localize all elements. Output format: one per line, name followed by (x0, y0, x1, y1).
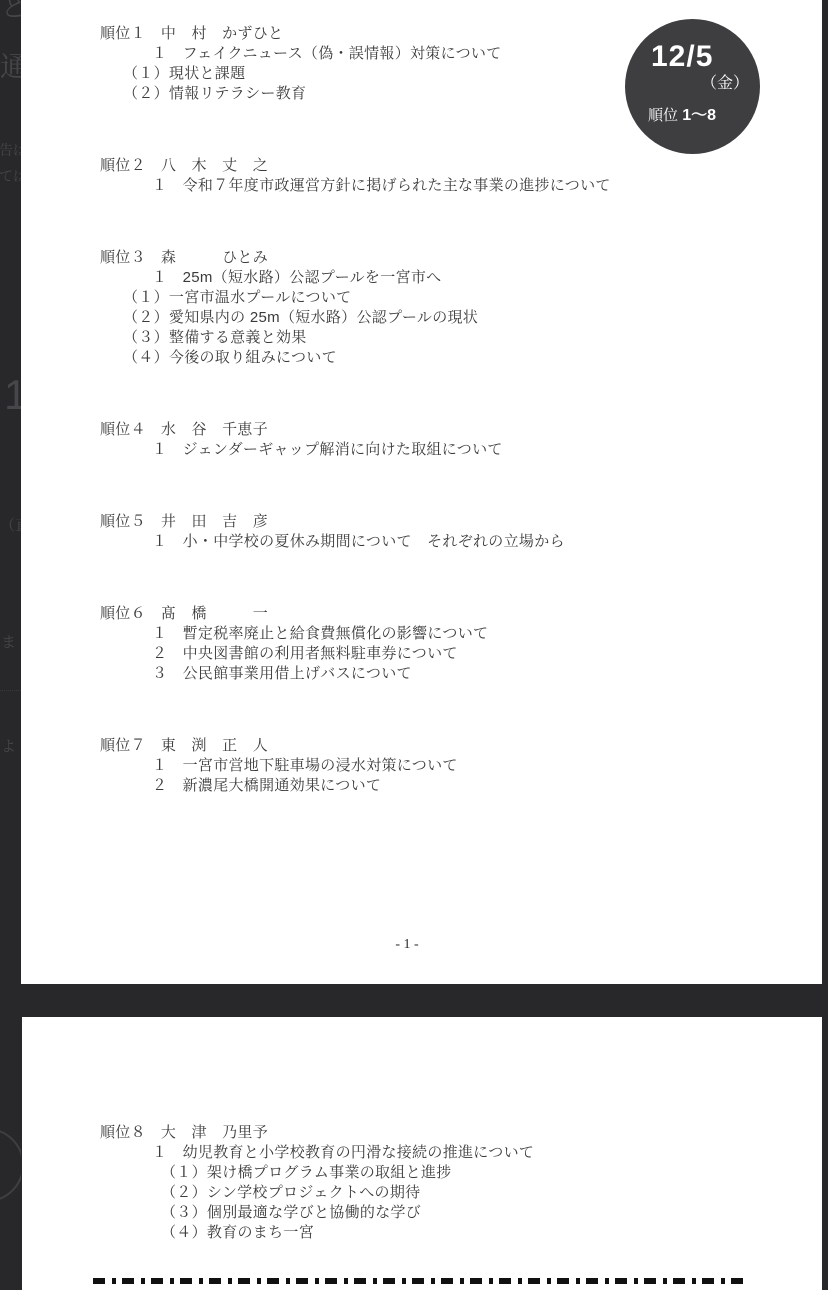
agenda-entry: 順位３森 ひとみ１ 25m（短水路）公認プールを一宮市へ（１）一宮市温水プールに… (100, 248, 822, 368)
question-item: ２ 中央図書館の利用者無料駐車券について (100, 644, 822, 664)
question-item: （２）シン学校プロジェクトへの期待 (100, 1183, 822, 1203)
entry-header: 順位６髙 橋 一 (100, 604, 822, 624)
rank-label: 順位７ (100, 737, 146, 754)
dimmed-badge-circle-fragment (0, 1128, 21, 1202)
dimmed-page-edge: ど通告はては1（直まよ (0, 0, 21, 1290)
badge-date-text: 12/5 (651, 40, 713, 74)
agenda-entry: 順位４水 谷 千恵子１ ジェンダーギャップ解消に向けた取組について (100, 420, 822, 460)
agenda-entry: 順位５井 田 吉 彦１ 小・中学校の夏休み期間について それぞれの立場から (100, 512, 822, 552)
dimmed-text-fragment: 1 (4, 374, 21, 416)
dimmed-text-fragment: ま (1, 635, 16, 650)
question-item: （２）愛知県内の 25m（短水路）公認プールの現状 (100, 308, 822, 328)
dimmed-text-fragment: 通 (0, 53, 21, 81)
rank-label: 順位３ (100, 249, 146, 266)
question-item: １ 一宮市営地下駐車場の浸水対策について (100, 756, 822, 776)
question-item: １ 暫定税率廃止と給食費無償化の影響について (100, 624, 822, 644)
agenda-entry: 順位７東 渕 正 人１ 一宮市営地下駐車場の浸水対策について２ 新濃尾大橋開通効… (100, 736, 822, 796)
question-item: １ 幼児教育と小学校教育の円滑な接続の推進について (100, 1143, 822, 1163)
rank-label: 順位１ (100, 25, 146, 42)
page-number: - 1 - (357, 937, 457, 953)
badge-rank-range: 順位 1～8 (648, 102, 716, 125)
entry-header: 順位５井 田 吉 彦 (100, 512, 822, 532)
speaker-name: 中 村 かずひと (161, 25, 283, 42)
question-item: １ 令和７年度市政運営方針に掲げられた主な事業の進捗について (100, 176, 822, 196)
dash-dot-divider (93, 1278, 748, 1284)
dimmed-text-fragment: 告は (0, 143, 21, 157)
dimmed-text-fragment: ど (1, 0, 21, 20)
question-item: （３）個別最適な学びと協働的な学び (100, 1203, 822, 1223)
agenda-list-page-2: 順位８大 津 乃里予１ 幼児教育と小学校教育の円滑な接続の推進について（１）架け… (22, 1017, 822, 1243)
dimmed-dotted-line-fragment (0, 690, 21, 691)
speaker-name: 水 谷 千恵子 (161, 421, 268, 438)
badge-weekday-text: （金） (701, 70, 749, 93)
entry-header: 順位２八 木 丈 之 (100, 156, 822, 176)
question-item: １ 小・中学校の夏休み期間について それぞれの立場から (100, 532, 822, 552)
rank-label: 順位５ (100, 513, 146, 530)
pdf-viewer: { "viewer": { "background_color": "#2828… (0, 0, 828, 1290)
entry-header: 順位４水 谷 千恵子 (100, 420, 822, 440)
rank-label: 順位８ (100, 1124, 146, 1141)
question-item: １ 25m（短水路）公認プールを一宮市へ (100, 268, 822, 288)
document-page-2: 順位８大 津 乃里予１ 幼児教育と小学校教育の円滑な接続の推進について（１）架け… (22, 1017, 822, 1290)
document-page-1: 順位１中 村 かずひと１ フェイクニュース（偽・誤情報）対策について（１）現状と… (21, 0, 822, 984)
badge-rank-range-value: 1～8 (682, 107, 716, 124)
entry-header: 順位７東 渕 正 人 (100, 736, 822, 756)
dimmed-text-fragment: （直 (0, 518, 21, 533)
date-badge: 12/5 （金） 順位 1～8 (625, 19, 760, 154)
rank-label: 順位４ (100, 421, 146, 438)
question-item: （４）今後の取り組みについて (100, 348, 822, 368)
agenda-entry: 順位８大 津 乃里予１ 幼児教育と小学校教育の円滑な接続の推進について（１）架け… (100, 1123, 822, 1243)
speaker-name: 大 津 乃里予 (161, 1124, 268, 1141)
rank-label: 順位６ (100, 605, 146, 622)
speaker-name: 髙 橋 一 (161, 605, 268, 622)
dimmed-text-fragment: ては (0, 169, 21, 183)
question-item: ３ 公民館事業用借上げバスについて (100, 664, 822, 684)
question-item: １ ジェンダーギャップ解消に向けた取組について (100, 440, 822, 460)
dimmed-text-fragment: よ (1, 739, 16, 754)
question-item: （３）整備する意義と効果 (100, 328, 822, 348)
rank-label: 順位２ (100, 157, 146, 174)
entry-header: 順位３森 ひとみ (100, 248, 822, 268)
agenda-entry: 順位６髙 橋 一１ 暫定税率廃止と給食費無償化の影響について２ 中央図書館の利用… (100, 604, 822, 684)
question-item: （１）一宮市温水プールについて (100, 288, 822, 308)
speaker-name: 井 田 吉 彦 (161, 513, 268, 530)
speaker-name: 八 木 丈 之 (161, 157, 268, 174)
entry-header: 順位８大 津 乃里予 (100, 1123, 822, 1143)
question-item: （１）架け橋プログラム事業の取組と進捗 (100, 1163, 822, 1183)
speaker-name: 森 ひとみ (161, 249, 268, 266)
speaker-name: 東 渕 正 人 (161, 737, 268, 754)
agenda-entry: 順位２八 木 丈 之１ 令和７年度市政運営方針に掲げられた主な事業の進捗について (100, 156, 822, 196)
badge-rank-label: 順位 (648, 107, 678, 124)
question-item: （４）教育のまち一宮 (100, 1223, 822, 1243)
question-item: ２ 新濃尾大橋開通効果について (100, 776, 822, 796)
